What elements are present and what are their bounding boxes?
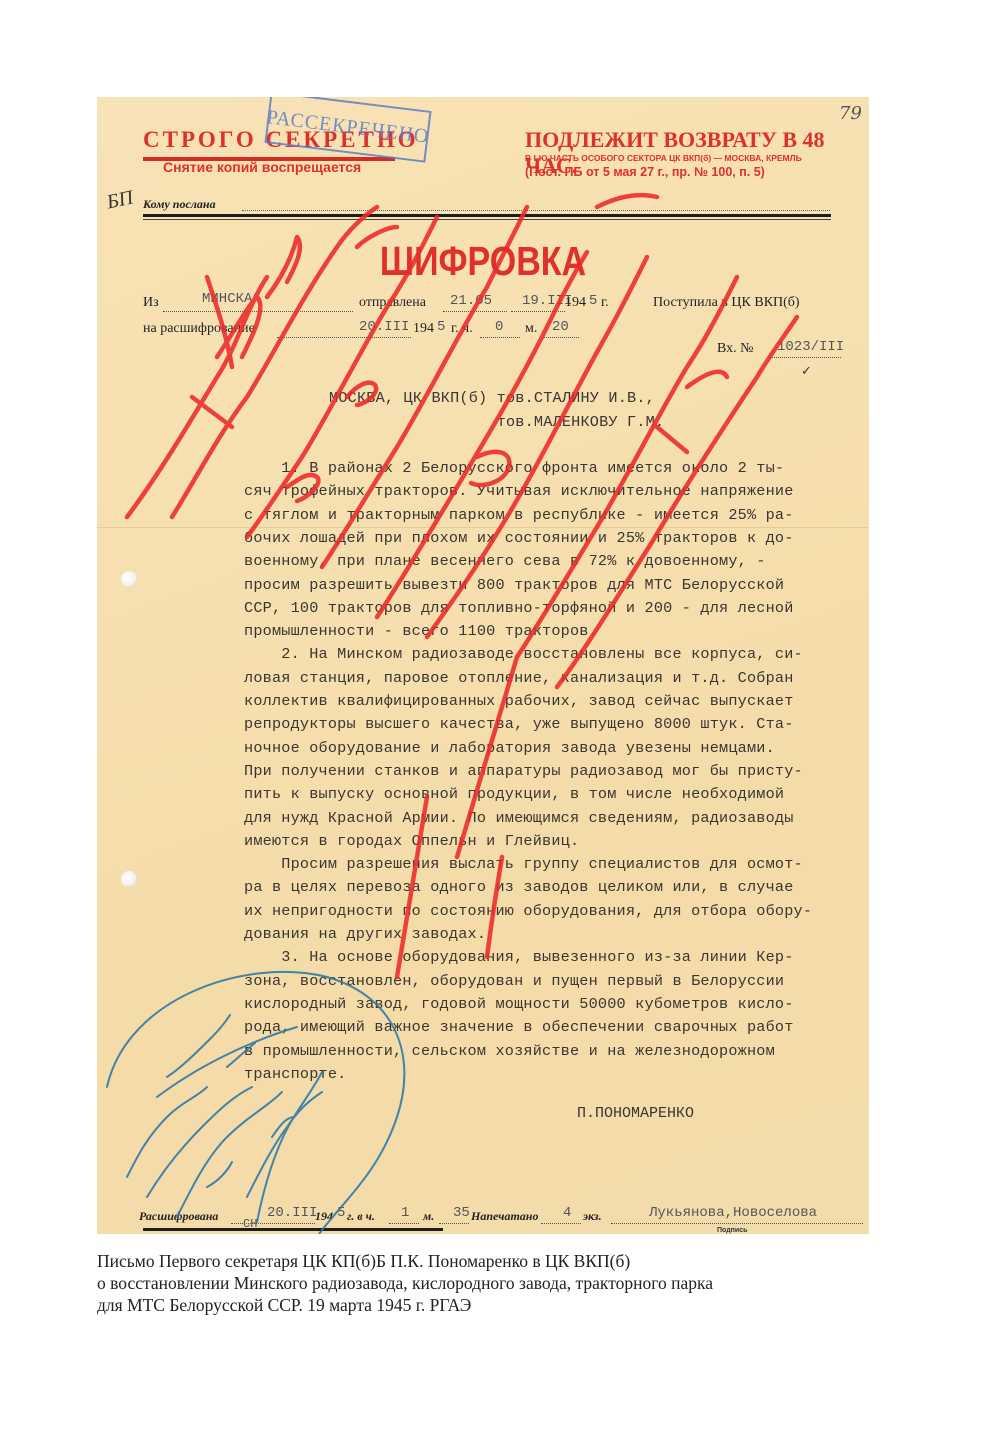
decrypted-date: 20.III (267, 1205, 317, 1221)
body-line: пить к выпуску основной продукции, в том… (244, 783, 784, 806)
body-line: транспорте. (244, 1063, 346, 1086)
typists-line (611, 1223, 863, 1224)
caption-line: о восстановлении Минского радиозавода, к… (97, 1272, 897, 1294)
from-line (163, 311, 353, 312)
body-line: ССР, 100 тракторов для топливно-торфяной… (244, 597, 794, 620)
decrypted-hour-line (389, 1223, 419, 1224)
decrypted-minute-label: м. (423, 1209, 434, 1224)
check-mark: ✓ (801, 363, 812, 379)
year-label: г. (601, 295, 609, 311)
punch-hole (121, 871, 137, 887)
incoming-number: 1023/III (777, 339, 844, 355)
decrypt-date: 20.III (359, 319, 409, 335)
body-line: ловая станция, паровое отопление, канали… (244, 667, 794, 690)
header-rule (143, 214, 831, 217)
sent-label: отправлена (359, 295, 426, 311)
body-line: репродукторы высшего качества, уже выпущ… (244, 713, 794, 736)
addressee-line: МОСКВА, ЦК ВКП(б) тов.СТАЛИНУ И.В., (329, 387, 655, 410)
punch-hole (121, 571, 137, 587)
from-label: Из (143, 295, 159, 311)
decrypt-hour-line (480, 337, 520, 338)
body-line: 3. На основе оборудования, вывезенного и… (244, 946, 794, 969)
header-rule-thin (143, 219, 831, 220)
body-line: с тяглом и тракторным парком в республик… (244, 504, 794, 527)
body-line: в промышленности, сельском хозяйстве и н… (244, 1040, 775, 1063)
body-line: коллектив квалифицированных рабочих, зав… (244, 690, 794, 713)
body-line: ночное оборудование и лаборатория завода… (244, 737, 775, 760)
body-line: зона, восстановлен, оборудован и пущен п… (244, 970, 784, 993)
decrypted-year-suffix: 5 (337, 1205, 345, 1221)
sent-time-line (443, 311, 507, 312)
return-reference: (Пост. ПБ от 5 мая 27 г., пр. № 100, п. … (525, 165, 765, 179)
decrypted-minute-line (439, 1223, 469, 1224)
copies-line (541, 1223, 581, 1224)
body-line: При получении станков и аппаратуры радио… (244, 760, 803, 783)
body-line: имеются в городах Оппельн и Глейвиц. (244, 830, 579, 853)
body-line: просим разрешить вывезти 800 тракторов д… (244, 574, 784, 597)
caption-line: Письмо Первого секретаря ЦК КП(б)Б П.К. … (97, 1250, 897, 1272)
body-line: 1. В районах 2 Белорусского фронта имеет… (244, 457, 784, 480)
body-line: промышленности - всего 1100 тракторов. (244, 620, 598, 643)
sent-to-line (242, 210, 830, 211)
body-line: военному, при плане весеннего сева в 72%… (244, 550, 766, 573)
decrypt-label: на расшифрование (143, 321, 255, 337)
signature-caption: Подпись (717, 1227, 747, 1234)
body-line: кислородный завод, годовой мощности 5000… (244, 993, 794, 1016)
decrypted-year-prefix: 194 (315, 1209, 333, 1224)
document-title: ШИФРОВКА (97, 239, 869, 286)
incoming-label: Вх. № (717, 341, 754, 357)
copies-label: экз. (583, 1209, 602, 1224)
decrypt-minute-label: м. (525, 321, 537, 337)
page-number: 79 (839, 103, 862, 124)
body-line: сяч трофейных тракторов. Учитывая исключ… (244, 480, 794, 503)
sent-date-line (511, 311, 565, 312)
decrypted-label: Расшифрована (139, 1209, 218, 1224)
incoming-line (769, 357, 841, 358)
decrypted-minute: 35 (453, 1205, 470, 1221)
caption-line: для МТС Белорусской ССР. 19 марта 1945 г… (97, 1294, 897, 1316)
received-label: Поступила в ЦК ВКП(б) (653, 295, 800, 311)
body-line: для нужд Красной Армии. По имеющимся све… (244, 807, 794, 830)
decrypt-year-prefix: 194 (413, 321, 434, 337)
return-department: В I-Ю ЧАСТЬ ОСОБОГО СЕКТОРА ЦК ВКП(б) — … (525, 153, 802, 163)
body-line: рода, имеющий важное значение в обеспече… (244, 1016, 794, 1039)
decrypt-year-suffix: 5 (437, 319, 445, 335)
copies-count: 4 (563, 1205, 571, 1221)
signature: П.ПОНОМАРЕНКО (577, 1105, 694, 1122)
decrypt-minute-line (543, 337, 579, 338)
body-line: бочих лошадей при плохом их состоянии и … (244, 527, 794, 550)
footer-rule (143, 1228, 443, 1231)
decrypted-hour-label: г. в ч. (347, 1209, 375, 1224)
body-line: 2. На Минском радиозаводе восстановлены … (244, 643, 803, 666)
addressee-line: тов.МАЛЕНКОВУ Г.М. (329, 411, 664, 434)
archival-document: 79 СТРОГО СЕКРЕТНО Снятие копий воспреща… (97, 97, 869, 1234)
printed-label: Напечатано (471, 1209, 538, 1224)
marginal-initial: БП (105, 187, 135, 215)
decrypt-minute: 20 (552, 319, 569, 335)
body-line: ра в целях перевоза одного из заводов це… (244, 876, 794, 899)
sent-year-suffix: 5 (589, 293, 597, 309)
sent-year-prefix: 194 (565, 295, 586, 311)
decrypt-hour-label: г. ч. (451, 321, 473, 337)
from-value: МИНСКА (202, 291, 252, 307)
body-line: их непригодности по состоянию оборудован… (244, 900, 812, 923)
decrypt-hour: 0 (495, 319, 503, 335)
decrypted-hour: 1 (401, 1205, 409, 1221)
typists: Лукьянова,Новоселова (649, 1205, 817, 1221)
sent-time: 21.05 (450, 293, 492, 309)
copy-notice: Снятие копий воспрещается (163, 159, 361, 175)
decrypt-line (277, 337, 411, 338)
figure-caption: Письмо Первого секретаря ЦК КП(б)Б П.К. … (97, 1250, 897, 1316)
sent-to-label: Кому послана (143, 197, 216, 212)
body-line: дования на других заводах. (244, 923, 486, 946)
body-line: Просим разрешения выслать группу специал… (244, 853, 803, 876)
